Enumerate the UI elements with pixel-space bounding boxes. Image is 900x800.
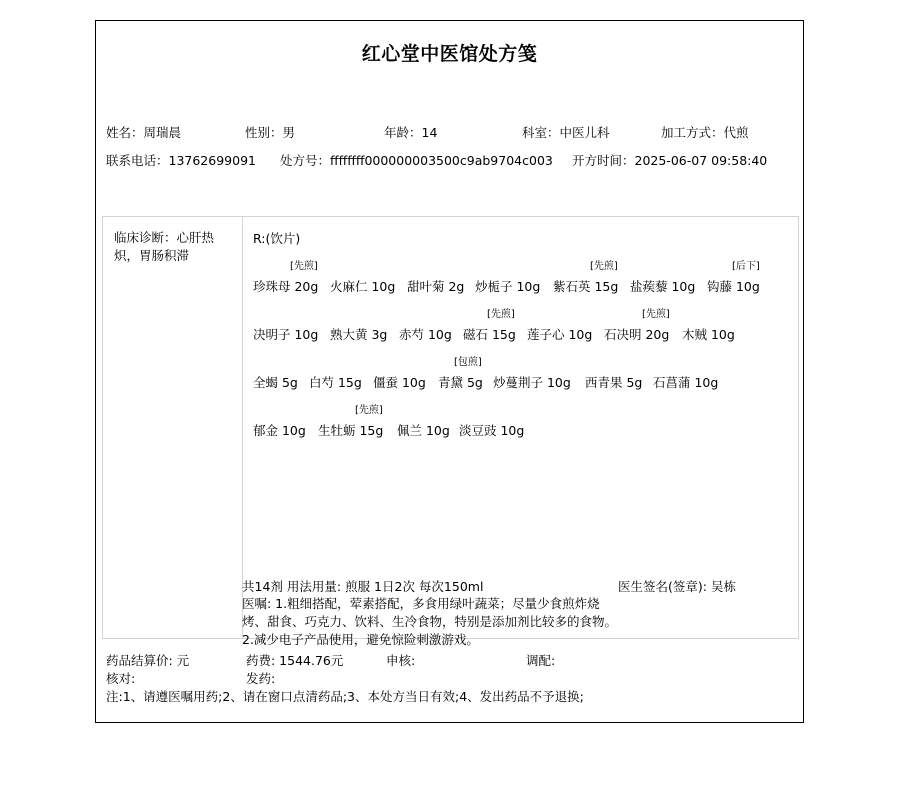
herb-item: 生牡蛎 15g xyxy=(318,421,383,439)
dispense-prep-field: 调配: xyxy=(526,651,555,669)
herb-item: 青黛 5g xyxy=(438,373,483,391)
contact-phone: 联系电话：13762699091 xyxy=(106,151,256,169)
herb-item: 西青果 5g xyxy=(585,373,642,391)
herb-item: 磁石 15g xyxy=(463,325,516,343)
notice-text: 注:1、请遵医嘱用药;2、请在窗口点清药品;3、本处方当日有效;4、发出药品不予… xyxy=(106,687,584,705)
herb-item: 珍珠母 20g xyxy=(253,277,318,295)
medical-advice: 医嘱: 1.粗细搭配，荤素搭配，多食用绿叶蔬菜；尽量少食煎炸烧烤、甜食、巧克力、… xyxy=(242,595,617,649)
herb-item: 石菖蒲 10g xyxy=(653,373,718,391)
prescription-time: 开方时间：2025-06-07 09:58:40 xyxy=(572,151,767,169)
herb-note: [先煎] xyxy=(355,401,383,416)
herb-item: 木贼 10g xyxy=(682,325,735,343)
herb-note: [先煎] xyxy=(290,257,318,272)
issue-field: 发药: xyxy=(246,669,275,687)
prescription-header: R:(饮片) xyxy=(253,229,300,247)
herb-note: [先煎] xyxy=(642,305,670,320)
herb-note: [先煎] xyxy=(487,305,515,320)
herb-item: 甜叶菊 2g xyxy=(407,277,464,295)
doctor-signature: 医生签名(签章): 吴栋 xyxy=(618,577,736,595)
herb-item: 决明子 10g xyxy=(253,325,318,343)
herb-item: 佩兰 10g xyxy=(397,421,450,439)
page-title: 红心堂中医馆处方笺 xyxy=(96,39,803,66)
herb-item: 炒栀子 10g xyxy=(475,277,540,295)
department: 科室：中医儿科 xyxy=(522,123,610,141)
patient-age: 年龄：14 xyxy=(384,123,437,141)
prescription-page: 红心堂中医馆处方笺 姓名：周瑞晨 性别：男 年龄：14 科室：中医儿科 加工方式… xyxy=(95,20,804,723)
processing-method: 加工方式：代煎 xyxy=(661,123,749,141)
prescription-number: 处方号：ffffffff000000003500c9ab9704c003 xyxy=(280,151,553,169)
herb-item: 熟大黄 3g xyxy=(330,325,387,343)
prescription-box: 临床诊断：心肝热炽，胃肠积滞 R:(饮片) [先煎] 珍珠母 20g 火麻仁 1… xyxy=(102,216,799,639)
patient-gender: 性别：男 xyxy=(245,123,295,141)
herb-item: 全蝎 5g xyxy=(253,373,298,391)
herb-item: 赤芍 10g xyxy=(399,325,452,343)
herb-item: 盐蒺藜 10g xyxy=(630,277,695,295)
drug-fee: 药费: 1544.76元 xyxy=(246,651,343,669)
herb-item: 莲子心 10g xyxy=(527,325,592,343)
diagnosis-column: 临床诊断：心肝热炽，胃肠积滞 xyxy=(103,217,243,638)
review-field: 申核: xyxy=(386,651,415,669)
herb-note: [包煎] xyxy=(454,353,482,368)
patient-name: 姓名：周瑞晨 xyxy=(106,123,181,141)
herb-item: 郁金 10g xyxy=(253,421,306,439)
herb-item: 火麻仁 10g xyxy=(330,277,395,295)
herb-item: 淡豆豉 10g xyxy=(459,421,524,439)
herb-item: 僵蚕 10g xyxy=(373,373,426,391)
herb-item: 钩藤 10g xyxy=(707,277,760,295)
herb-item: 紫石英 15g xyxy=(553,277,618,295)
herb-note: [后下] xyxy=(732,257,760,272)
settlement-price: 药品结算价: 元 xyxy=(106,651,189,669)
clinical-diagnosis: 临床诊断：心肝热炽，胃肠积滞 xyxy=(114,229,232,265)
herb-item: 白芍 15g xyxy=(309,373,362,391)
usage-dosage: 共14剂 用法用量: 煎服 1日2次 每次150ml xyxy=(242,577,483,595)
herb-item: 炒蔓荆子 10g xyxy=(493,373,571,391)
herb-note: [先煎] xyxy=(590,257,618,272)
herb-item: 石决明 20g xyxy=(604,325,669,343)
check-field: 核对: xyxy=(106,669,135,687)
